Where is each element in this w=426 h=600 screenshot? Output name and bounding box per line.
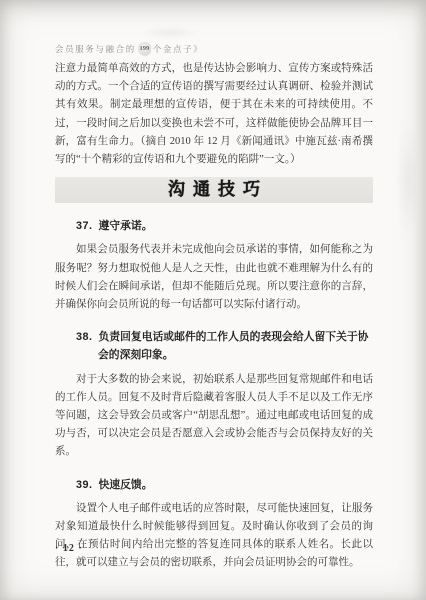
item-38-body: 对于大多数的协会来说，初始联系人是那些回复常规邮件和电话的工作人员。回复不及时背… xyxy=(55,371,373,462)
item-39-number: 39. xyxy=(76,479,93,491)
item-39-body: 设置个人电子邮件或电话的应答时限，尽可能快速回复，让服务对象知道最快什么时候能够… xyxy=(55,500,373,573)
scan-smudge xyxy=(140,26,200,40)
item-37-heading: 37.遵守承诺。 xyxy=(55,217,373,235)
page-content: 注意力最简单高效的方式，也是传达协会影响力、宣传方案或特殊活动的方式。一个合适的… xyxy=(55,60,373,573)
item-37-body: 如果会员服务代表并未完成他向会员承诺的事情，如何能称之为服务呢？努力想取悦他人是… xyxy=(55,241,373,314)
running-head-title-prefix: 会员服务与融合的 xyxy=(55,43,136,55)
scan-smudge xyxy=(395,120,421,240)
book-page: 会员服务与融合的 199 个金点子》 注意力最简单高效的方式，也是传达协会影响力… xyxy=(0,0,426,600)
section-banner-title: 沟通技巧 xyxy=(160,181,268,200)
item-37-number: 37. xyxy=(76,220,93,232)
running-head: 会员服务与融合的 199 个金点子》 xyxy=(55,42,203,55)
item-39-title: 快速反馈。 xyxy=(99,479,153,491)
item-37-title: 遵守承诺。 xyxy=(99,220,153,232)
running-head-title-suffix: 个金点子》 xyxy=(153,43,204,55)
item-38-heading: 38.负责回复电话或邮件的工作人员的表现会给人留下关于协会的深刻印象。 xyxy=(55,328,373,364)
item-39-heading: 39.快速反馈。 xyxy=(55,476,373,494)
intro-paragraph: 注意力最简单高效的方式，也是传达协会影响力、宣传方案或特殊活动的方式。一个合适的… xyxy=(55,60,373,169)
page-number: · 12 · xyxy=(55,543,83,554)
item-38-title: 负责回复电话或邮件的工作人员的表现会给人留下关于协会的深刻印象。 xyxy=(98,331,368,361)
section-banner: 沟通技巧 xyxy=(55,177,373,203)
item-38-number: 38. xyxy=(76,331,93,343)
badge-199: 199 xyxy=(138,42,151,55)
